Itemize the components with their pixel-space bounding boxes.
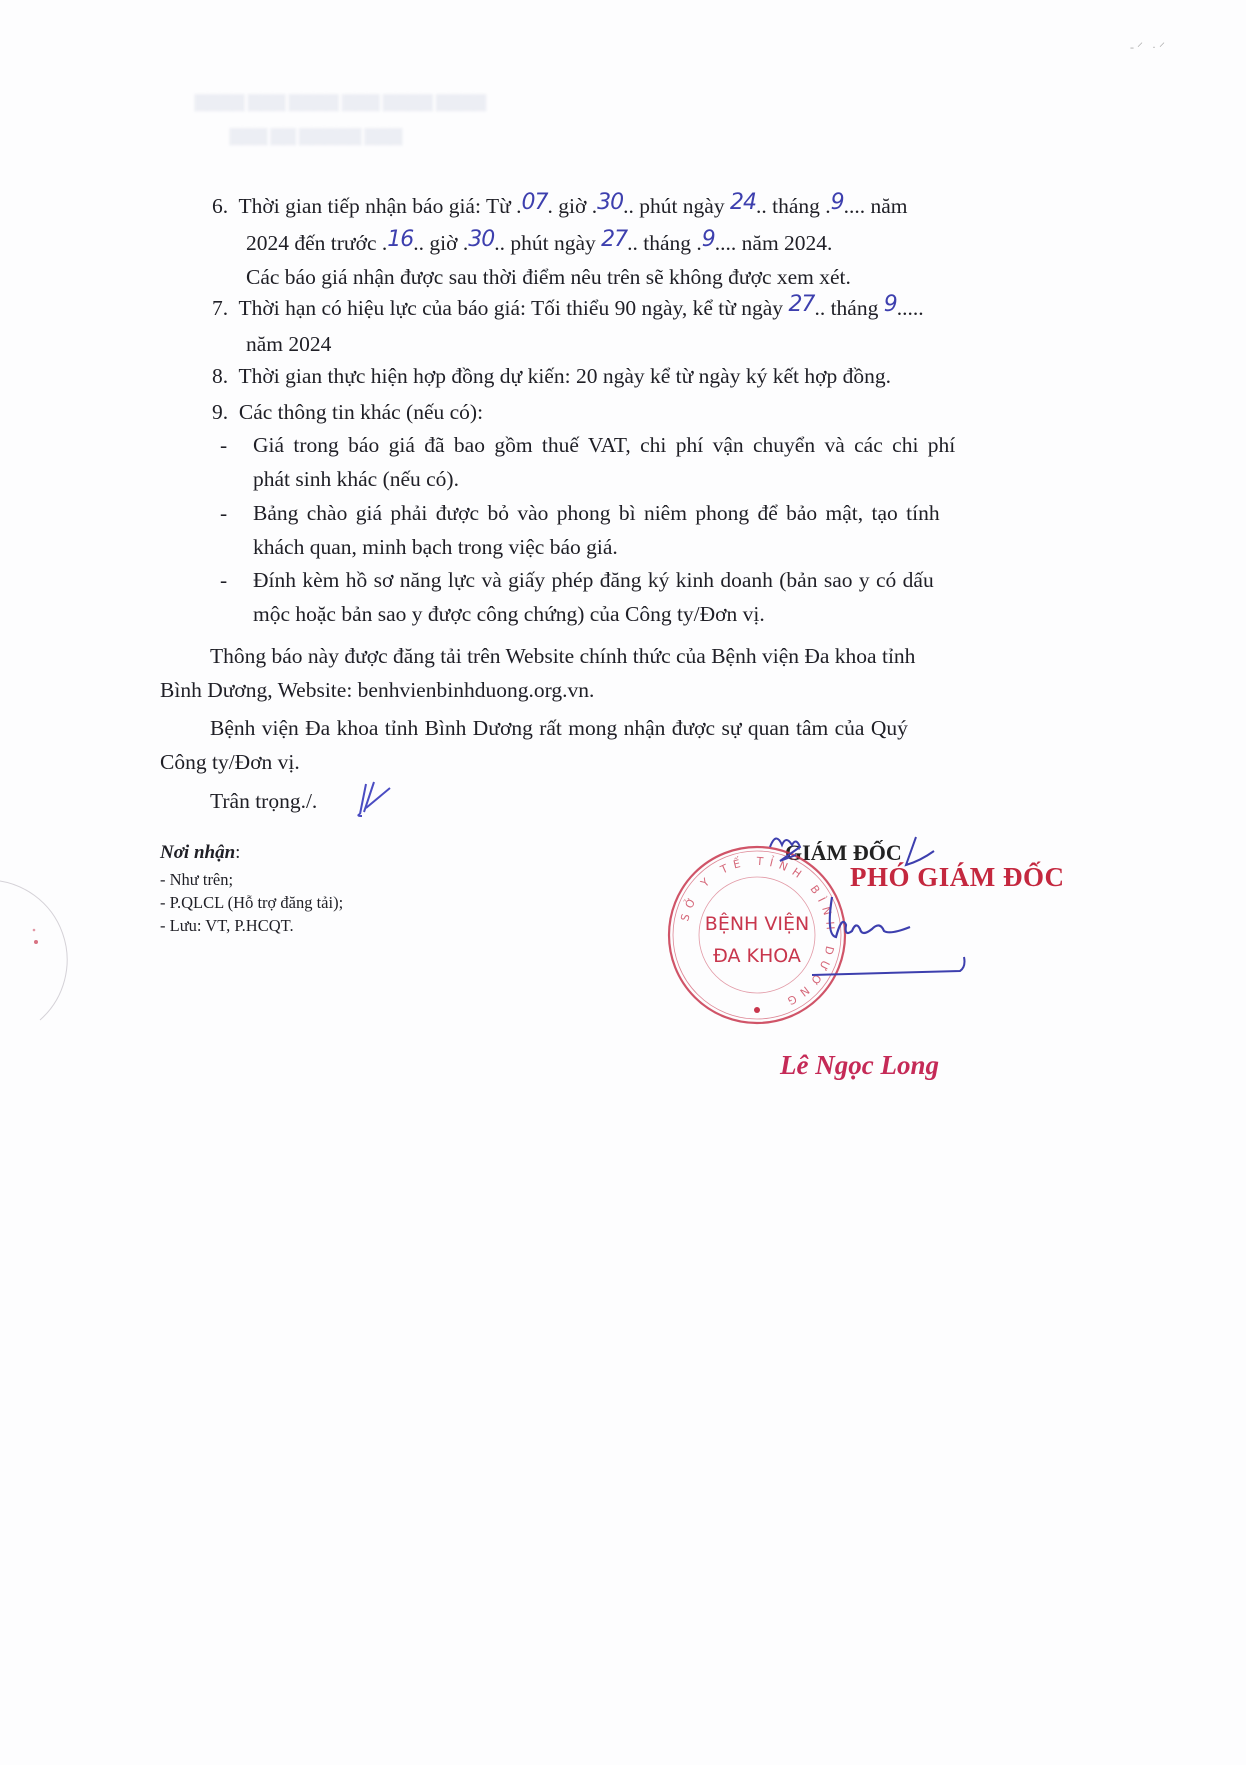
paragraph-thanks-line-1: Bệnh viện Đa khoa tỉnh Bình Dương rất mo… [210, 718, 908, 740]
handwritten-from-hour: 07 [521, 190, 547, 215]
handwritten-validity-month: 9 [884, 292, 897, 317]
signer-name: Lê Ngọc Long [780, 1050, 939, 1081]
paragraph-website-line-1: Thông báo này được đăng tải trên Website… [210, 646, 915, 668]
handwritten-signature-icon [740, 825, 970, 985]
bullet-2-line-1: Bảng chào giá phải được bỏ vào phong bì … [253, 503, 940, 525]
item-6-line-2: 2024 đến trước .16.. giờ .30.. phút ngày… [246, 233, 832, 255]
partial-stamp-mark-icon [0, 870, 80, 1050]
handwritten-from-day: 24 [730, 190, 756, 215]
document-page: ▇▇▇▇ ▇▇▇ ▇▇▇▇ ▇▇▇ ▇▇▇▇ ▇▇▇▇ ▇▇▇ ▇▇ ▇▇▇▇▇… [0, 0, 1246, 1765]
handwritten-from-minute: 30 [597, 190, 623, 215]
bleed-through-text: ▇▇▇▇ ▇▇▇ ▇▇▇▇ ▇▇▇ ▇▇▇▇ ▇▇▇▇ [195, 92, 486, 112]
handwritten-validity-day: 27 [788, 292, 814, 317]
handwritten-to-day: 27 [601, 227, 627, 252]
bullet-3-line-1: Đính kèm hồ sơ năng lực và giấy phép đăn… [253, 570, 934, 592]
bullet-1-line-2: phát sinh khác (nếu có). [253, 469, 459, 491]
handwritten-to-month: 9 [702, 227, 715, 252]
item-6-line-1: 6. Thời gian tiếp nhận báo giá: Từ .07. … [212, 196, 1082, 218]
item-7-line-1: 7. Thời hạn có hiệu lực của báo giá: Tối… [212, 298, 924, 320]
bleed-through-text: ▇▇▇ ▇▇ ▇▇▇▇▇ ▇▇▇ [230, 126, 402, 146]
paragraph-website-line-2: Bình Dương, Website: benhvienbinhduong.o… [160, 680, 594, 702]
paragraph-thanks-line-2: Công ty/Đơn vị. [160, 752, 300, 774]
recipient-item: - P.QLCL (Hỗ trợ đăng tải); [160, 893, 343, 913]
item-7-line-2: năm 2024 [246, 334, 331, 356]
bullet-1-dash: - [220, 435, 227, 457]
handwritten-from-month: 9 [831, 190, 844, 215]
scan-mark: - ⸍ · ⸍ [1130, 38, 1165, 55]
bullet-3-dash: - [220, 570, 227, 592]
initials-mark-icon [350, 778, 400, 818]
item-9: 9. Các thông tin khác (nếu có): [212, 402, 483, 424]
closing-text: Trân trọng./. [210, 791, 317, 813]
item-6-note: Các báo giá nhận được sau thời điểm nêu … [246, 267, 851, 289]
recipients-title: Nơi nhận: [160, 842, 240, 864]
recipient-item: - Lưu: VT, P.HCQT. [160, 916, 294, 936]
bullet-3-line-2: mộc hoặc bản sao y được công chứng) của … [253, 604, 765, 626]
handwritten-to-hour: 16 [387, 227, 413, 252]
item-8: 8. Thời gian thực hiện hợp đồng dự kiến:… [212, 366, 891, 388]
bullet-2-line-2: khách quan, minh bạch trong việc báo giá… [253, 537, 618, 559]
bullet-1-line-1: Giá trong báo giá đã bao gồm thuế VAT, c… [253, 435, 981, 457]
bullet-2-dash: - [220, 503, 227, 525]
recipient-item: - Như trên; [160, 870, 233, 890]
handwritten-to-minute: 30 [468, 227, 494, 252]
